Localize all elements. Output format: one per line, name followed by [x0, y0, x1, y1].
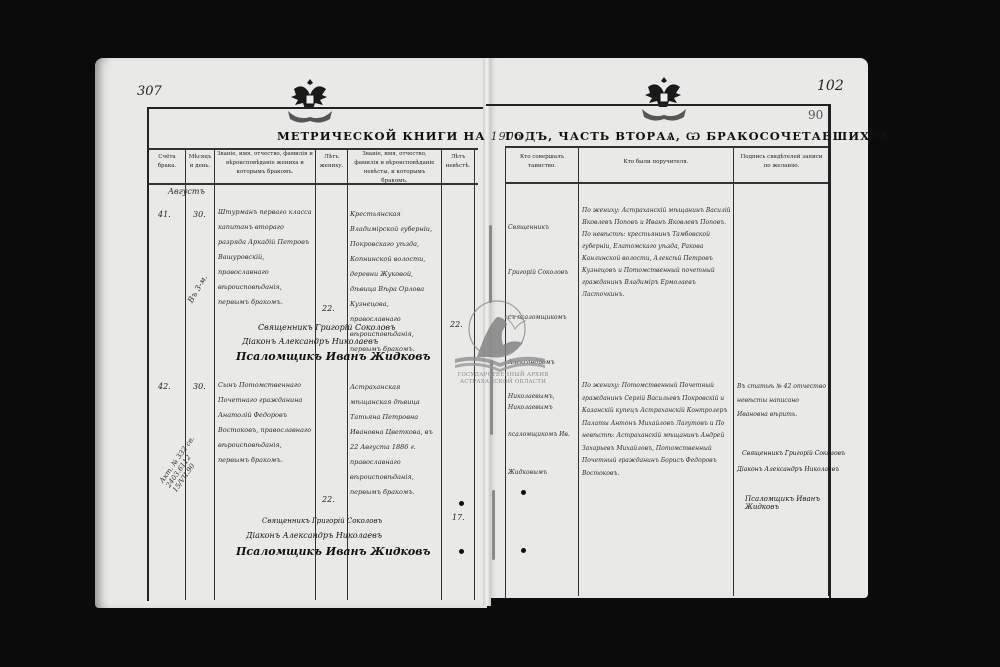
entry-42-number: 42. [158, 382, 171, 391]
column-header-witness-signatures: Подпись свидѣтелей записи по желанію. [737, 153, 826, 171]
entry-42-sureties: По жениху: Потомственный Почетный гражда… [582, 380, 732, 480]
pencil-mark [492, 490, 495, 560]
binding-hole [521, 490, 526, 495]
title-left: МЕТРИЧЕСКОЙ КНИГИ НА 1906 [277, 129, 523, 143]
column-header-bride: Званіе, имя, отчество, фамилія и вѣроисп… [350, 150, 439, 186]
column-header-groom: Званіе, имя, отчество, фамилія и вѣроисп… [217, 150, 313, 177]
entry-42-bride-age: 17. [452, 513, 465, 522]
folio-number-left: 307 [137, 84, 162, 99]
col-line [441, 148, 442, 600]
col-line [828, 104, 830, 596]
title-right: ГОДЪ, ЧАСТЬ ВТОРАѦ, Ѡ БРАКОСОЧЕТАВШИХСѦ. [505, 129, 895, 143]
archive-watermark-text: ГОСУДАРСТВЕННЫЙ АРХИВ АСТРАХАНСКОЙ ОБЛАС… [443, 372, 563, 386]
entry-41-number: 41. [158, 210, 171, 219]
header-top-line-right [505, 146, 829, 148]
col-line [733, 146, 734, 596]
entry-42-witness-sig-psalmist: Псаломщикъ Иванъ Жидковъ [745, 495, 825, 511]
entry-41-sureties: По жениху: Астраханскій мѣщанинъ Василій… [582, 205, 732, 301]
column-header-groom-age: Лѣтъ жениху. [318, 153, 345, 171]
entry-42-bride: Астраханская мѣщанская дѣвица Татьяна Пе… [350, 380, 440, 500]
entry-42-officiant: Николаевымъ, псаломщикомъ Ив. Жидковымъ [508, 378, 576, 492]
entry-41-groom-age: 22. [322, 304, 335, 313]
entry-42-signature-deacon: Діаконъ Александръ Николаевъ [246, 531, 382, 540]
column-header-sureties: Кто были поручителя. [582, 158, 730, 167]
pencil-mark [489, 225, 492, 303]
header-bottom-line-right [505, 182, 829, 184]
entry-42-groom: Сынъ Потомственнаго Почетнаго гражданина… [218, 378, 314, 468]
entry-41-signature-psalmist: Псаломщикъ Иванъ Жидковъ [236, 350, 430, 363]
entry-42-signature-psalmist: Псаломщикъ Иванъ Жидковъ [236, 545, 430, 558]
entry-42-day: 30. [193, 382, 206, 391]
month-header: Августъ [168, 184, 205, 199]
archive-watermark-logo [447, 297, 557, 377]
col-line [214, 148, 215, 600]
entry-41-signature-priest: Священникъ Григорій Соколовъ [258, 323, 395, 332]
entry-42-groom-age: 22. [322, 495, 335, 504]
entry-41-day: 30. [193, 210, 206, 219]
col-line [185, 148, 186, 600]
column-header-officiant: Кто совершалъ таинство. [508, 153, 576, 171]
entry-41-bride: Крестьянская Владимірской губерніи, Покр… [350, 207, 440, 357]
entry-41-signature-deacon: Діаконъ Александръ Николаевъ [242, 337, 378, 346]
entry-42-witness-sig-priest: Священникъ Григорій Соколовъ [742, 450, 845, 457]
binding-hole [459, 549, 464, 554]
binding-hole [521, 548, 526, 553]
entry-41-groom: Штурманъ перваго класса капитанъ втораго… [218, 205, 314, 310]
binding-hole [459, 501, 464, 506]
entry-42-signature-priest: Священникъ Григорій Соколовъ [262, 517, 382, 525]
column-header-bride-age: Лѣтъ невѣстѣ. [443, 153, 473, 171]
column-header-record-number: Счёта брака. [150, 153, 184, 171]
entry-42-witness-sig-deacon: Діаконъ Александръ Николаевъ [737, 466, 839, 473]
col-line [578, 146, 579, 596]
column-header-month-day: Мѣсяцъ и день. [187, 153, 213, 171]
folio-number-right: 102 [817, 78, 844, 94]
entry-42-witness-note: Въ статьѣ № 42 отчество невѣсты написано… [737, 380, 829, 422]
